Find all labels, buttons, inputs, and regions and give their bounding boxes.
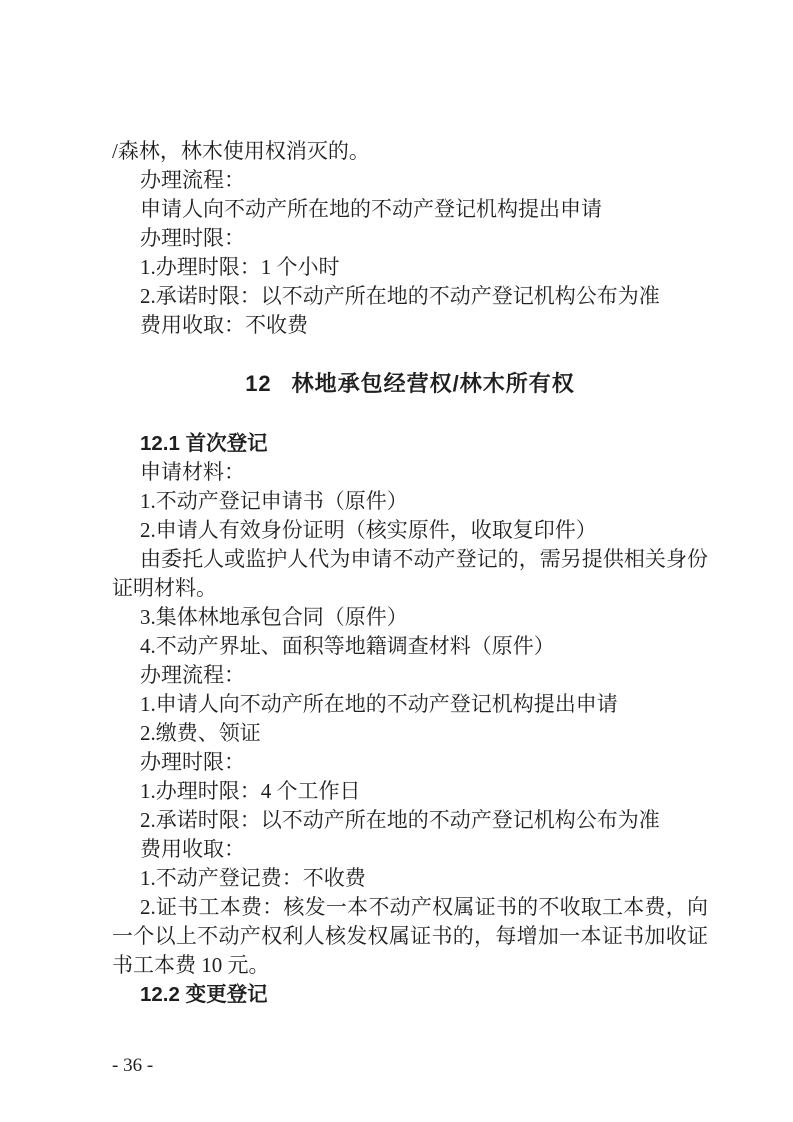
subsection-heading-12-2: 12.2 变更登记: [112, 980, 708, 1009]
text-line: 书工本费 10 元。: [112, 951, 708, 980]
text-line: 2.承诺时限：以不动产所在地的不动产登记机构公布为准: [112, 282, 708, 311]
text-line: 由委托人或监护人代为申请不动产登记的，需另提供相关身份: [112, 545, 708, 574]
document-page: /森林，林木使用权消灭的。 办理流程： 申请人向不动产所在地的不动产登记机构提出…: [0, 0, 793, 1122]
text-line: 1.办理时限：4 个工作日: [112, 777, 708, 806]
text-line: 2.申请人有效身份证明（核实原件，收取复印件）: [112, 516, 708, 545]
text-line: 2.缴费、领证: [112, 719, 708, 748]
text-line: 1.不动产登记申请书（原件）: [112, 487, 708, 516]
section-heading: 12林地承包经营权/林木所有权: [112, 367, 708, 401]
text-line: 3.集体林地承包合同（原件）: [112, 603, 708, 632]
text-line: 1.办理时限：1 个小时: [112, 253, 708, 282]
page-number: - 36 -: [112, 1054, 153, 1078]
text-line: 办理时限：: [112, 748, 708, 777]
subsection-heading-12-1: 12.1 首次登记: [112, 429, 708, 458]
text-line: 一个以上不动产权利人核发权属证书的，每增加一本证书加收证: [112, 922, 708, 951]
text-line: 申请材料：: [112, 458, 708, 487]
page-content: /森林，林木使用权消灭的。 办理流程： 申请人向不动产所在地的不动产登记机构提出…: [112, 137, 708, 1009]
paragraph-continuation-line: /森林，林木使用权消灭的。: [112, 137, 708, 166]
text-line: 费用收取：: [112, 835, 708, 864]
text-line: 办理流程：: [112, 661, 708, 690]
text-line: 1.不动产登记费：不收费: [112, 864, 708, 893]
text-line: 4.不动产界址、面积等地籍调查材料（原件）: [112, 632, 708, 661]
text-line: 申请人向不动产所在地的不动产登记机构提出申请: [112, 195, 708, 224]
section-number: 12: [245, 371, 271, 396]
text-line: 证明材料。: [112, 574, 708, 603]
text-line: 2.承诺时限：以不动产所在地的不动产登记机构公布为准: [112, 806, 708, 835]
text-line: 1.申请人向不动产所在地的不动产登记机构提出申请: [112, 690, 708, 719]
section-title: 林地承包经营权/林木所有权: [292, 371, 575, 396]
text-line: 办理时限：: [112, 224, 708, 253]
text-line: 办理流程：: [112, 166, 708, 195]
text-line: 2.证书工本费：核发一本不动产权属证书的不收取工本费，向: [112, 893, 708, 922]
text-line: 费用收取：不收费: [112, 311, 708, 340]
